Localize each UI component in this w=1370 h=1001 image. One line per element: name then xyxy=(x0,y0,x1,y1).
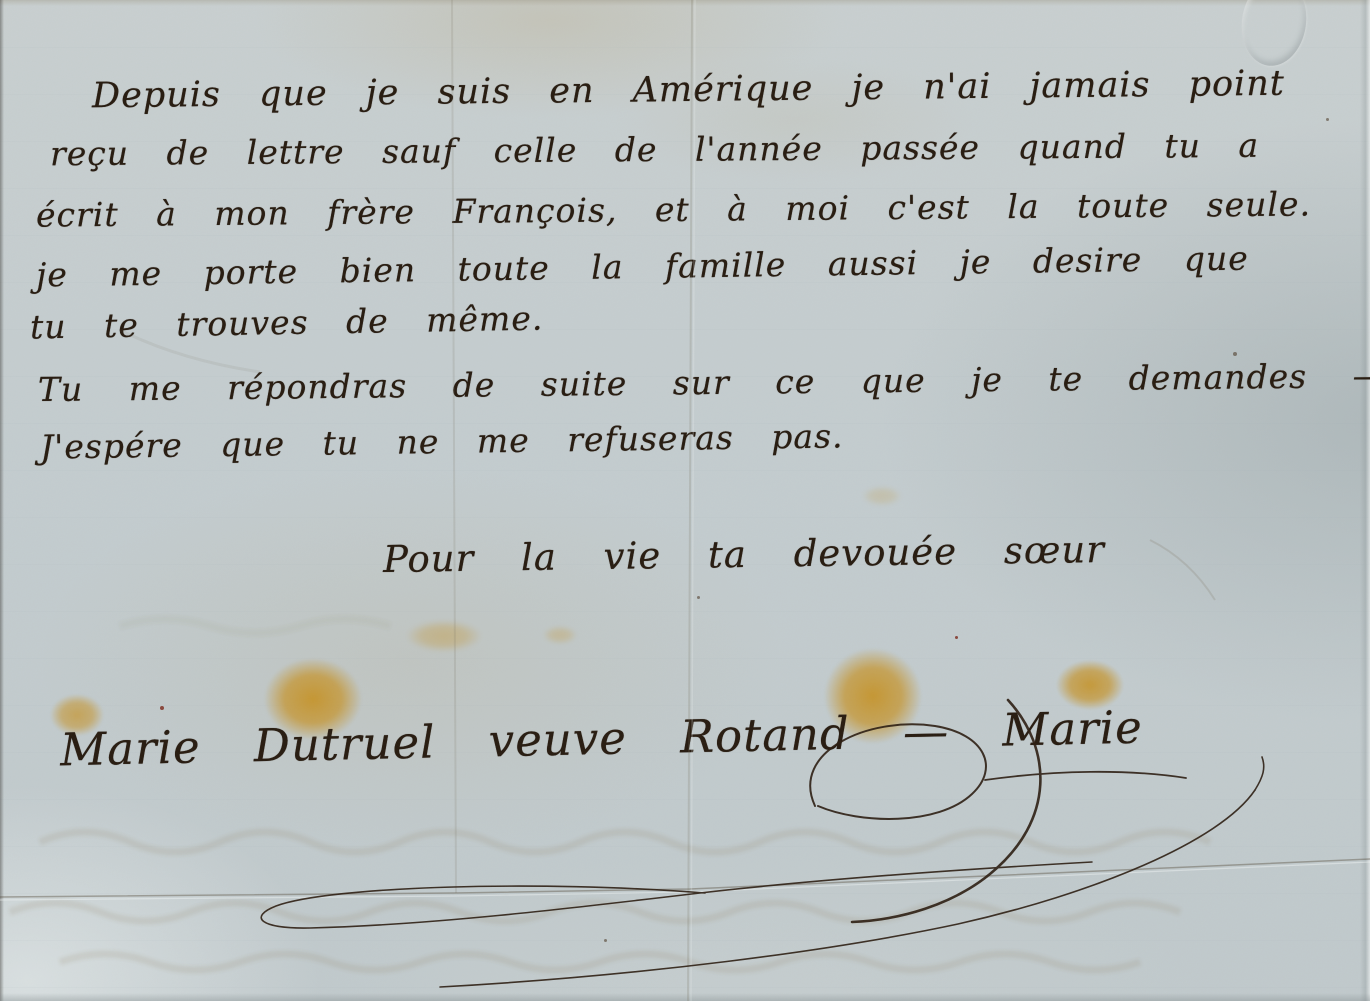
creases-and-flourish xyxy=(0,0,1370,1001)
scanned-letter-page: Depuis que je suis en Amérique je n'ai j… xyxy=(0,0,1370,1001)
paper-grain xyxy=(0,0,1370,1001)
